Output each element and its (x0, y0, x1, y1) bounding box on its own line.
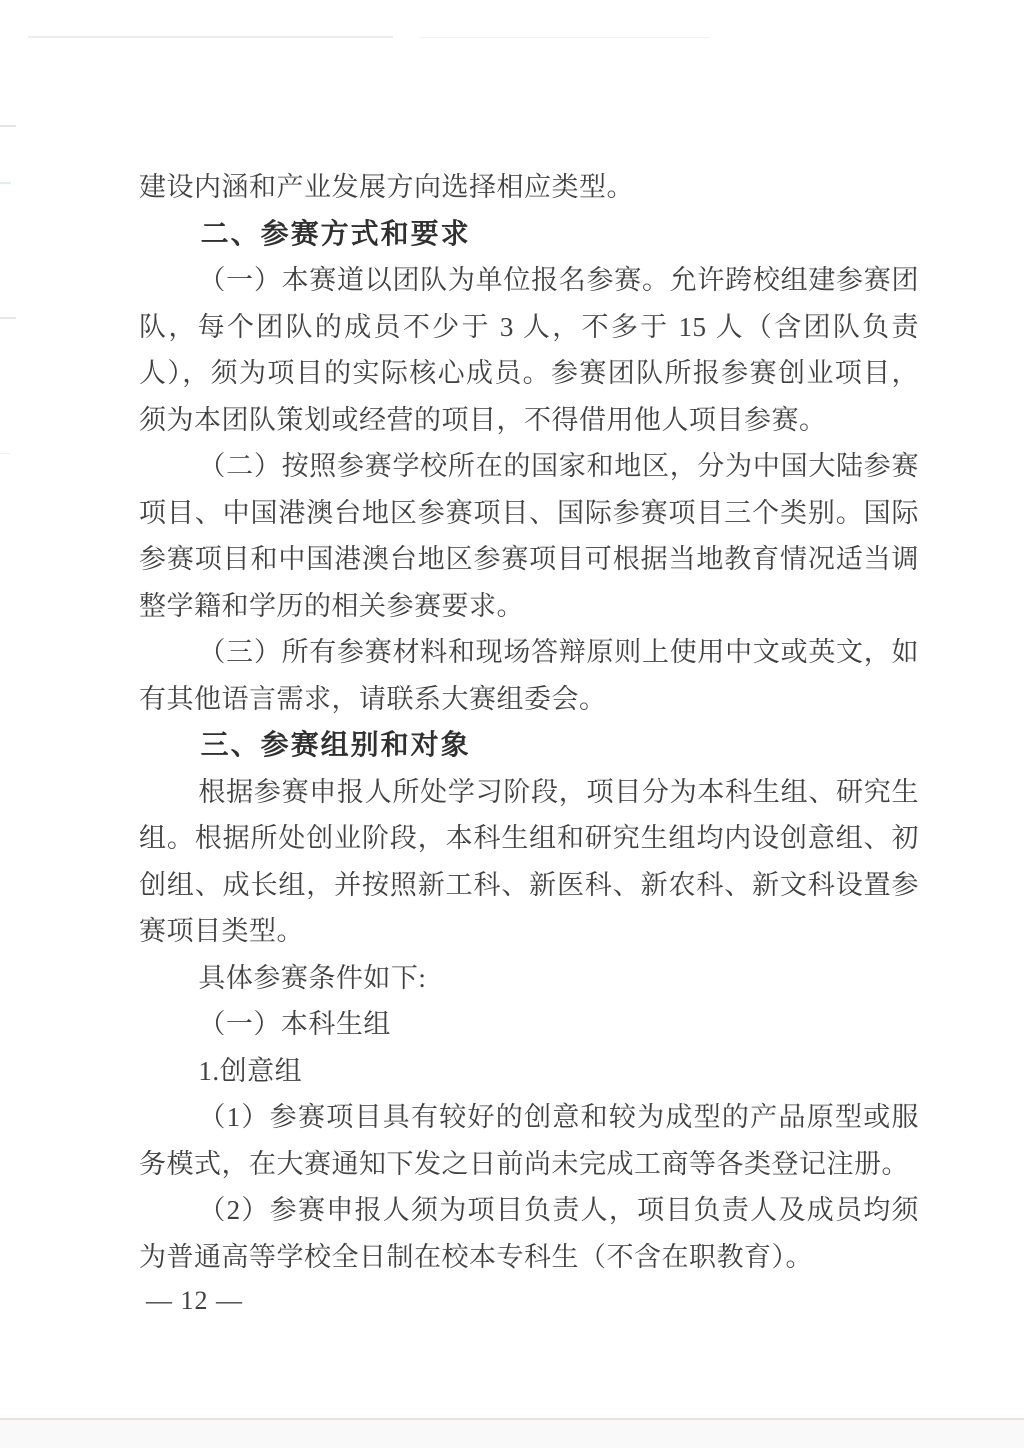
paragraph: 1.创意组 (139, 1048, 919, 1095)
scan-artifact-edge-tick (0, 453, 10, 454)
paragraph: （一）本赛道以团队为单位报名参赛。允许跨校组建参赛团队，每个团队的成员不少于 3… (139, 257, 919, 443)
paragraph: （2）参赛申报人须为项目负责人，项目负责人及成员均须为普通高等学校全日制在校本专… (139, 1187, 919, 1280)
page-number: — 12 — (146, 1278, 243, 1324)
paragraph: 根据参赛申报人所处学习阶段，项目分为本科生组、研究生组。根据所处创业阶段，本科生… (139, 769, 919, 955)
paragraph: 具体参赛条件如下: (139, 955, 919, 1002)
scan-artifact-edge-tick (0, 182, 11, 184)
document-page: 建设内涵和产业发展方向选择相应类型。 二、参赛方式和要求 （一）本赛道以团队为单… (0, 0, 1024, 1448)
scan-artifact-bottom-line (0, 1418, 1024, 1420)
section-heading-2: 二、参赛方式和要求 (139, 211, 919, 258)
paragraph: （一）本科生组 (139, 1001, 919, 1048)
scan-artifact-top-line (420, 37, 710, 38)
paragraph: （二）按照参赛学校所在的国家和地区，分为中国大陆参赛项目、中国港澳台地区参赛项目… (139, 443, 919, 629)
paragraph: （1）参赛项目具有较好的创意和较为成型的产品原型或服务模式，在大赛通知下发之日前… (139, 1094, 919, 1187)
paragraph-continuation: 建设内涵和产业发展方向选择相应类型。 (139, 164, 919, 211)
section-heading-3: 三、参赛组别和对象 (139, 722, 919, 769)
scan-artifact-edge-tick (0, 125, 16, 127)
scan-artifact-edge-tick (0, 317, 16, 319)
paragraph: （三）所有参赛材料和现场答辩原则上使用中文或英文，如有其他语言需求，请联系大赛组… (139, 629, 919, 722)
scan-artifact-top-line (28, 36, 393, 38)
scan-artifact-bottom-band (0, 1420, 1024, 1448)
text-column: 建设内涵和产业发展方向选择相应类型。 二、参赛方式和要求 （一）本赛道以团队为单… (139, 164, 919, 1280)
